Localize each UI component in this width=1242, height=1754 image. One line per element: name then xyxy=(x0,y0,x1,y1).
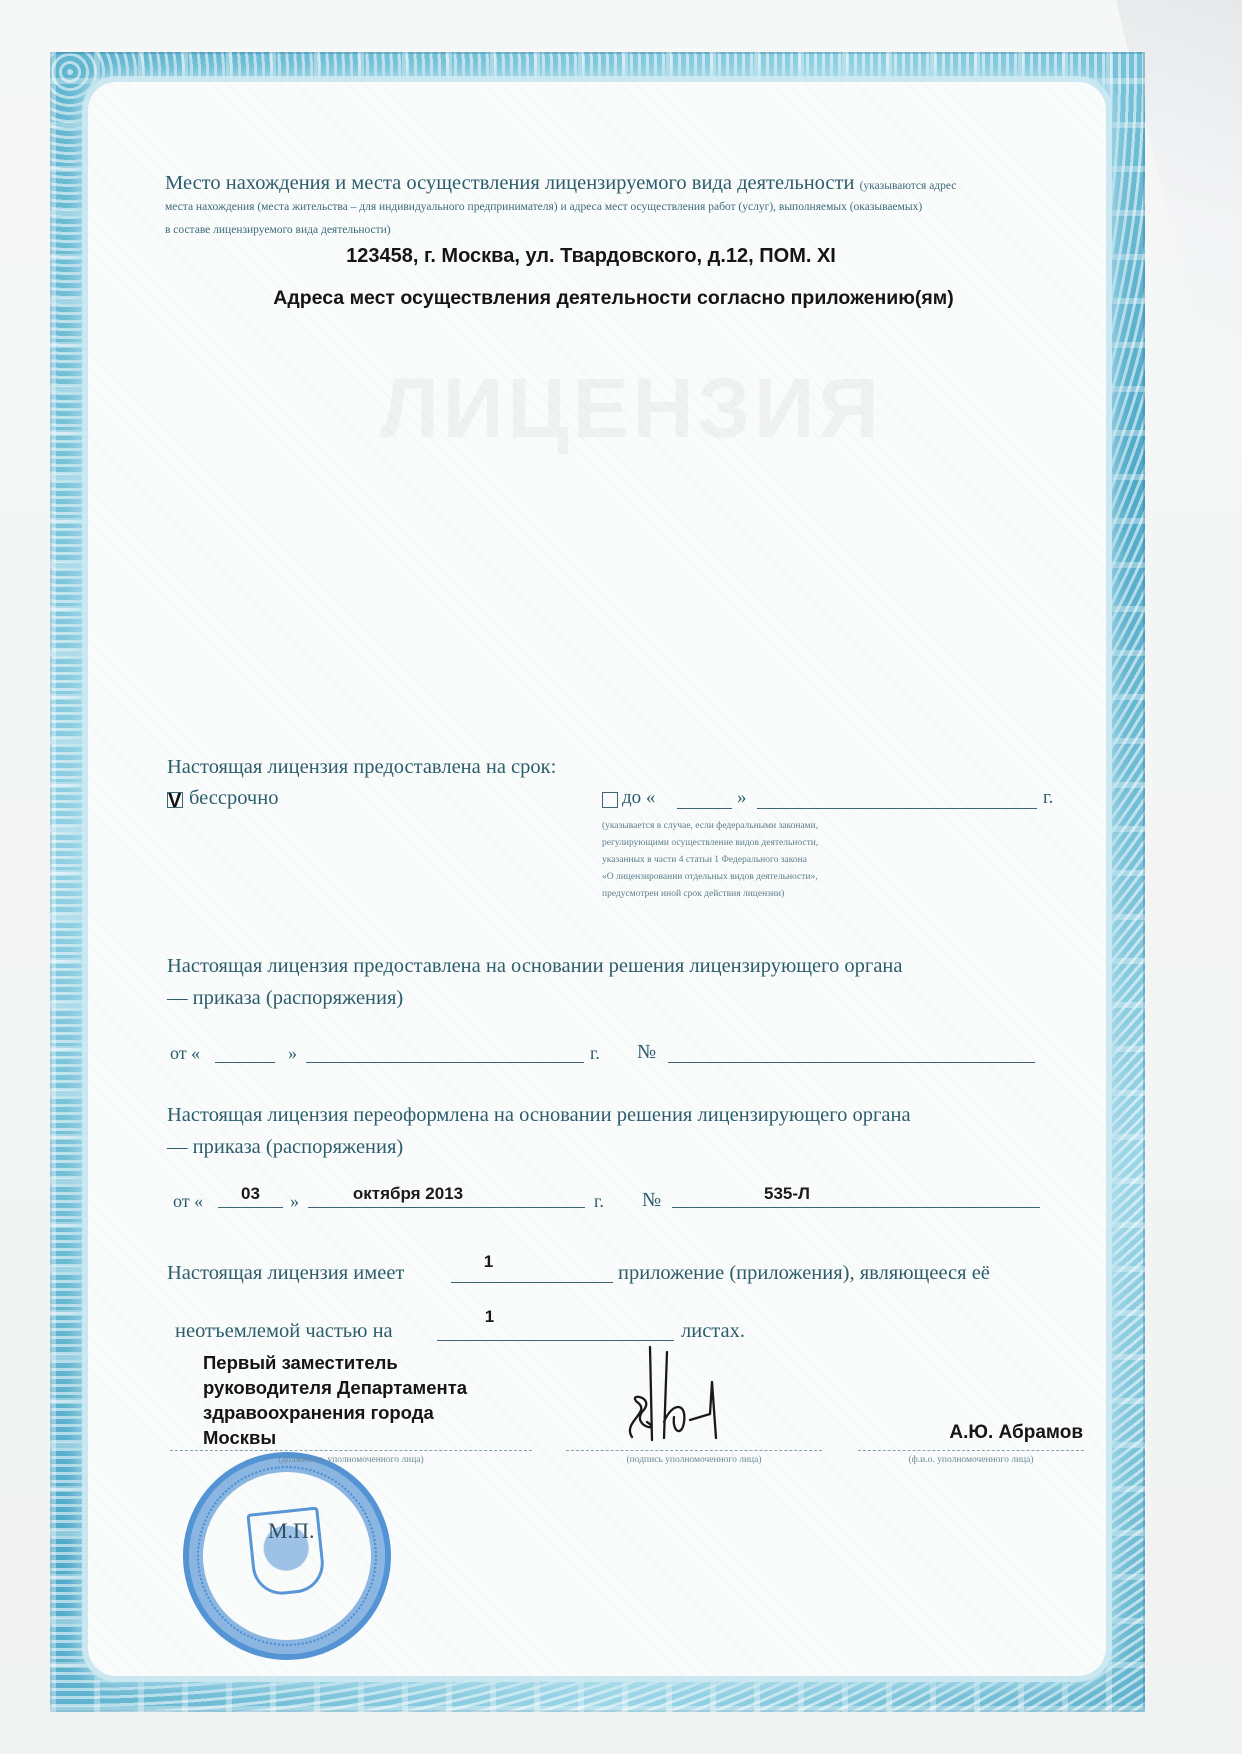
location-heading-text: Место нахождения и места осуществления л… xyxy=(165,172,854,194)
term-until-checkbox[interactable] xyxy=(602,792,618,808)
name-caption: (ф.и.о. уполномоченного лица) xyxy=(858,1455,1084,1465)
granted-from-label: от « xyxy=(170,1043,200,1064)
sheet-count-value: 1 xyxy=(437,1307,542,1327)
position-caption: (должность уполномоченного лица) xyxy=(170,1455,532,1465)
signature-caption: (подпись уполномоченного лица) xyxy=(566,1455,822,1465)
term-unlimited-label: бессрочно xyxy=(189,787,278,810)
checkmark-icon: V xyxy=(168,790,181,813)
sheet-count-field[interactable] xyxy=(437,1340,674,1341)
reissued-month-year-field[interactable] xyxy=(308,1207,585,1208)
appendix-line1-prefix: Настоящая лицензия имеет xyxy=(167,1262,404,1285)
granted-month-year-field[interactable] xyxy=(306,1062,584,1063)
reissued-month-year-value: октября 2013 xyxy=(308,1184,508,1204)
show-through-ghost: ЛИЦЕНЗИЯ xyxy=(380,360,883,457)
reissued-basis-heading-line2: — приказа (распоряжения) xyxy=(167,1136,403,1159)
position-line: Москвы xyxy=(203,1425,467,1450)
position-line: Первый заместитель xyxy=(203,1350,467,1375)
term-heading: Настоящая лицензия предоставлена на срок… xyxy=(167,756,556,779)
granted-day-field[interactable] xyxy=(215,1062,275,1063)
term-until-note: (указывается в случае, если федеральными… xyxy=(602,818,818,903)
seal-place-label: М.П. xyxy=(268,1518,314,1544)
reissued-basis-heading-line1: Настоящая лицензия переоформлена на осно… xyxy=(167,1104,911,1127)
term-until-prefix: до « xyxy=(622,787,655,809)
reissued-day-value: 03 xyxy=(218,1184,283,1204)
appendix-count-field[interactable] xyxy=(451,1282,613,1283)
appendix-line2-suffix: листах. xyxy=(681,1320,745,1343)
reissued-number-field[interactable] xyxy=(672,1207,1040,1208)
location-heading-note: (указываются адрес xyxy=(860,180,957,192)
term-note-line: указанных в части 4 статьи 1 Федеральног… xyxy=(602,852,818,869)
granted-year-suffix: г. xyxy=(590,1043,600,1064)
term-note-line: предусмотрен иной срок действия лицензии… xyxy=(602,886,818,903)
granted-basis-heading-line1: Настоящая лицензия предоставлена на осно… xyxy=(167,955,903,978)
signatory-name: А.Ю. Абрамов xyxy=(858,1422,1083,1444)
name-line-rule xyxy=(858,1450,1084,1451)
reissued-number-value: 535-Л xyxy=(672,1184,902,1204)
reissued-from-label: от « xyxy=(173,1191,203,1212)
signature-line-rule xyxy=(566,1450,822,1451)
position-line: здравоохранения города xyxy=(203,1400,467,1425)
term-until-quote-close: » xyxy=(737,787,747,809)
reissued-day-field[interactable] xyxy=(218,1207,283,1208)
term-until-date-field[interactable] xyxy=(757,808,1037,809)
location-heading: Место нахождения и места осуществления л… xyxy=(165,172,956,195)
document-sheet: ЛИЦЕНЗИЯ Место нахождения и места осущес… xyxy=(0,0,1242,1754)
appendix-count-value: 1 xyxy=(451,1252,526,1272)
position-line: руководителя Департамента xyxy=(203,1375,467,1400)
location-note-line3: в составе лицензируемого вида деятельнос… xyxy=(165,224,391,236)
reissued-year-suffix: г. xyxy=(594,1191,604,1212)
term-note-line: регулирующими осуществление видов деятел… xyxy=(602,835,818,852)
reissued-quote-close: » xyxy=(290,1191,299,1212)
location-note-line2: места нахождения (места жительства – для… xyxy=(165,201,922,213)
granted-quote-close: » xyxy=(288,1043,297,1064)
term-until-year-suffix: г. xyxy=(1043,787,1053,809)
granted-number-field[interactable] xyxy=(668,1062,1035,1063)
term-note-line: «О лицензировании отдельных видов деятел… xyxy=(602,869,818,886)
appendix-line2-prefix: неотъемлемой частью на xyxy=(175,1320,393,1343)
appendix-line1-suffix: приложение (приложения), являющееся её xyxy=(618,1262,990,1285)
term-note-line: (указывается в случае, если федеральными… xyxy=(602,818,818,835)
handwritten-signature-icon xyxy=(612,1342,732,1452)
signatory-position: Первый заместитель руководителя Департам… xyxy=(203,1350,467,1450)
granted-number-label: № xyxy=(637,1041,656,1064)
reissued-number-label: № xyxy=(642,1189,661,1212)
term-until-day-field[interactable] xyxy=(677,808,732,809)
position-line-rule xyxy=(170,1450,532,1451)
license-address: 123458, г. Москва, ул. Твардовского, д.1… xyxy=(0,245,1242,268)
granted-basis-heading-line2: — приказа (распоряжения) xyxy=(167,987,403,1010)
activity-addresses-note: Адреса мест осуществления деятельности с… xyxy=(0,287,1242,310)
